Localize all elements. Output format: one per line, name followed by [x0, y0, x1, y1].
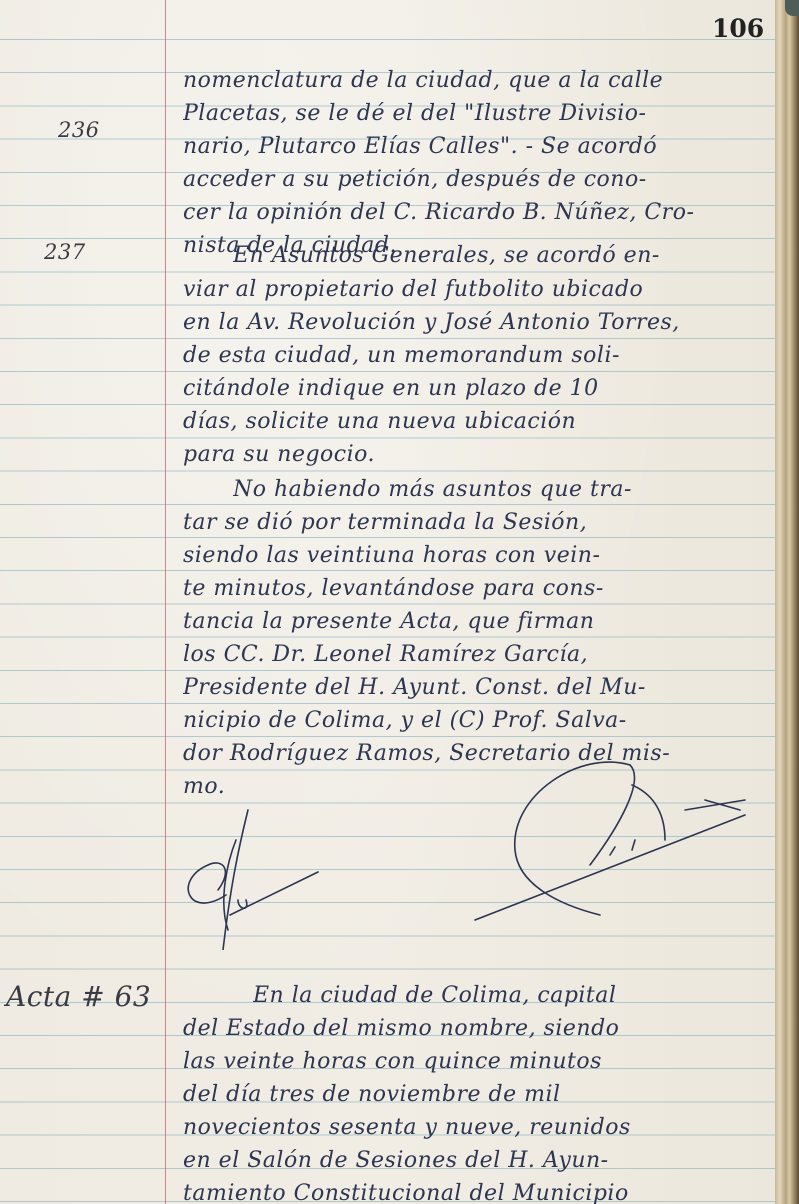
margin-note-236: 236 [58, 118, 100, 142]
text-line: para su negocio. [183, 442, 768, 467]
text-line: te minutos, levantándose para cons- [183, 576, 768, 601]
text-line: En la ciudad de Colima, capital [253, 983, 775, 1008]
text-line: en la Av. Revolución y José Antonio Torr… [183, 310, 768, 335]
signature-secretary [470, 755, 775, 935]
text-line: Placetas, se le dé el del "Ilustre Divis… [183, 101, 768, 126]
text-line: tancia la presente Acta, que firman [183, 609, 768, 634]
text-line: tamiento Constitucional del Municipio [183, 1181, 768, 1204]
red-margin-line [165, 0, 166, 1204]
text-line: No habiendo más asuntos que tra- [233, 477, 775, 502]
text-line: del día tres de noviembre de mil [183, 1082, 768, 1107]
ledger-page: 106 236 237 Acta # 63 nomenclatura de la… [0, 0, 775, 1204]
signature-president [178, 800, 338, 950]
text-line: de esta ciudad, un memorandum soli- [183, 343, 768, 368]
binding-corner [785, 0, 799, 16]
text-line: citándole indique en un plazo de 10 [183, 376, 768, 401]
margin-note-acta-63: Acta # 63 [6, 980, 151, 1013]
text-line: En Asuntos Generales, se acordó en- [233, 243, 775, 268]
text-line: del Estado del mismo nombre, siendo [183, 1016, 768, 1041]
book-binding-edge [775, 0, 799, 1204]
text-line: novecientos sesenta y nueve, reunidos [183, 1115, 768, 1140]
text-line: Presidente del H. Ayunt. Const. del Mu- [183, 675, 768, 700]
text-line: nomenclatura de la ciudad, que a la call… [183, 68, 768, 93]
text-line: los CC. Dr. Leonel Ramírez García, [183, 642, 768, 667]
text-line: viar al propietario del futbolito ubicad… [183, 277, 768, 302]
text-line: tar se dió por terminada la Sesión, [183, 510, 768, 535]
text-line: siendo las veintiuna horas con vein- [183, 543, 768, 568]
text-line: en el Salón de Sesiones del H. Ayun- [183, 1148, 768, 1173]
text-line: acceder a su petición, después de cono- [183, 167, 768, 192]
text-line: días, solicite una nueva ubicación [183, 409, 768, 434]
text-line: nicipio de Colima, y el (C) Prof. Salva- [183, 708, 768, 733]
text-line: nario, Plutarco Elías Calles". - Se acor… [183, 134, 768, 159]
text-line: las veinte horas con quince minutos [183, 1049, 768, 1074]
text-line: cer la opinión del C. Ricardo B. Núñez, … [183, 200, 768, 225]
page-number: 106 [712, 14, 764, 43]
margin-note-237: 237 [44, 240, 86, 264]
